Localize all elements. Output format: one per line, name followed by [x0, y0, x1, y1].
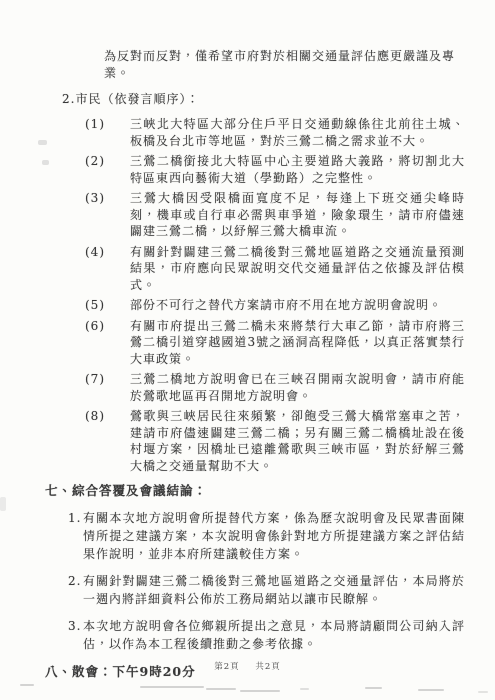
list-item: (8)鶯歌與三峽居民往來頻繁，卻飽受三鶯大橋常塞車之苦，建請市府儘速闢建三鶯二橋… — [45, 408, 465, 474]
conclusions-list: 1.有關本次地方說明會所提替代方案，係為歷次說明會及民眾書面陳情所提之建議方案，… — [45, 509, 465, 653]
item-text: 有關針對闢建三鶯二橋後對三鶯地區道路之交通流量預測結果，市府應向民眾說明交代交通… — [130, 244, 465, 294]
item-text: 本次地方說明會各位鄉親所提出之意見，本局將請顧問公司納入評估，以作為本工程後續推… — [83, 617, 465, 653]
list-item: (7)三鶯二橋地方說明會已在三峽召開兩次說明會，請市府能於鶯歌地區再召開地方說明… — [45, 371, 465, 404]
item-text: 三峽北大特區大部分住戶平日交通動線係往北前往土城、板橋及台北市等地區，對於三鶯二… — [130, 116, 465, 149]
scan-streak — [206, 688, 236, 690]
scan-streak — [140, 686, 204, 688]
item-number: (7) — [85, 371, 130, 404]
item-text: 鶯歌與三峽居民往來頻繁，卻飽受三鶯大橋常塞車之苦，建請市府儘速闢建三鶯二橋；另有… — [130, 408, 465, 474]
item-number: 3. — [68, 617, 83, 653]
scan-smudge — [0, 497, 6, 511]
page-total: 共2頁 — [255, 662, 280, 672]
scan-streak — [365, 687, 382, 689]
page-number: 第2頁 — [214, 662, 239, 672]
scan-streak — [20, 684, 34, 686]
item-text: 部份不可行之替代方案請市府不用在地方說明會說明。 — [130, 297, 465, 314]
list-item: 2.有關針對闢建三鶯二橋後對三鶯地區道路之交通量評估，本局將於一週內將詳細資料公… — [45, 572, 465, 608]
item-number: (2) — [85, 153, 130, 186]
scan-streak — [300, 688, 309, 690]
list-item: (2)三鶯二橋銜接北大特區中心主要道路大義路，將切割北大特區東西向藝術大道（學勤… — [45, 153, 465, 186]
item-number: (6) — [85, 318, 130, 368]
item-number: (8) — [85, 408, 130, 474]
scan-smudge — [38, 140, 47, 145]
item-number: (3) — [85, 190, 130, 240]
scan-streak — [478, 691, 488, 693]
document-content: 為反對而反對，僅希望市府對於相關交通量評估應更嚴謹及專業。 2.市民（依發言順序… — [45, 48, 465, 680]
list-item: 1.有關本次地方說明會所提替代方案，係為歷次說明會及民眾書面陳情所提之建議方案，… — [45, 509, 465, 563]
item-text: 三鶯二橋銜接北大特區中心主要道路大義路，將切割北大特區東西向藝術大道（學勤路）之… — [130, 153, 465, 186]
list-item: (1)三峽北大特區大部分住戶平日交通動線係往北前往土城、板橋及台北市等地區，對於… — [45, 116, 465, 149]
list-item: (4)有關針對闢建三鶯二橋後對三鶯地區道路之交通流量預測結果，市府應向民眾說明交… — [45, 244, 465, 294]
citizens-section-heading: 2.市民（依發言順序）： — [45, 91, 465, 108]
continuation-text: 為反對而反對，僅希望市府對於相關交通量評估應更嚴謹及專業。 — [45, 48, 465, 82]
item-text: 有關市府提出三鶯二橋未來將禁行大車乙節，請市府將三鶯二橋引道穿越國道3號之涵洞高… — [130, 318, 465, 368]
item-number: (5) — [85, 297, 130, 314]
item-text: 有關針對闢建三鶯二橋後對三鶯地區道路之交通量評估，本局將於一週內將詳細資料公佈於… — [83, 572, 465, 608]
list-item: 3.本次地方說明會各位鄉親所提出之意見，本局將請顧問公司納入評估，以作為本工程後… — [45, 617, 465, 653]
scan-smudge — [42, 160, 49, 165]
conclusions-section-heading: 七、綜合答覆及會議結論： — [45, 482, 465, 499]
item-number: 1. — [68, 509, 83, 563]
item-text: 有關本次地方說明會所提替代方案，係為歷次說明會及民眾書面陳情所提之建議方案，本次… — [83, 509, 465, 563]
item-number: (4) — [85, 244, 130, 294]
item-number: (1) — [85, 116, 130, 149]
item-text: 三鶯二橋地方說明會已在三峽召開兩次說明會，請市府能於鶯歌地區再召開地方說明會。 — [130, 371, 465, 404]
item-number: 2. — [68, 572, 83, 608]
citizen-comments-list: (1)三峽北大特區大部分住戶平日交通動線係往北前往土城、板橋及台北市等地區，對於… — [45, 116, 465, 474]
page-footer: 第2頁 共2頁 — [0, 660, 495, 672]
scan-streak — [418, 689, 444, 691]
list-item: (6)有關市府提出三鶯二橋未來將禁行大車乙節，請市府將三鶯二橋引道穿越國道3號之… — [45, 318, 465, 368]
list-item: (3)三鶯大橋因受限橋面寬度不足，每逢上下班交通尖峰時刻，機車或自行車必需與車爭… — [45, 190, 465, 240]
scan-streak — [240, 690, 280, 692]
list-item: (5)部份不可行之替代方案請市府不用在地方說明會說明。 — [45, 297, 465, 314]
item-text: 三鶯大橋因受限橋面寬度不足，每逢上下班交通尖峰時刻，機車或自行車必需與車爭道，險… — [130, 190, 465, 240]
scanned-meeting-minutes-page: 為反對而反對，僅希望市府對於相關交通量評估應更嚴謹及專業。 2.市民（依發言順序… — [0, 0, 495, 700]
